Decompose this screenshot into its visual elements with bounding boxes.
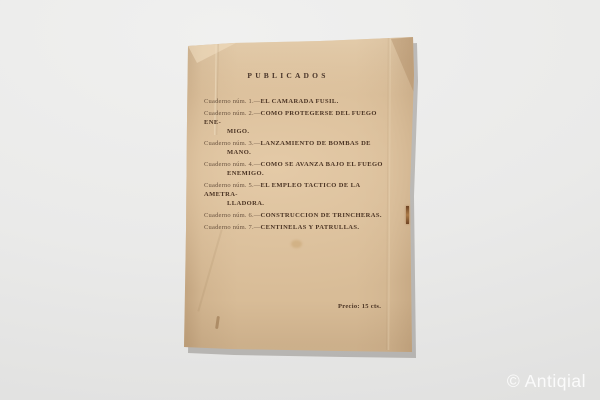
entry-title: CENTINELAS Y PATRULLAS. <box>260 224 359 231</box>
entry-title: CONSTRUCCION DE TRINCHERAS. <box>260 212 381 219</box>
entry-title: COMO SE AVANZA BAJO EL FUEGO <box>260 161 382 168</box>
entry-continuation: MIGO. <box>204 127 384 136</box>
entry-continuation: ENEMIGO. <box>204 169 384 178</box>
entry-continuation: MANO. <box>204 148 384 157</box>
list-item: Cuaderno núm. 7.—CENTINELAS Y PATRULLAS. <box>204 223 384 232</box>
entry-prefix: Cuaderno núm. 1.— <box>204 98 260 105</box>
entry-title: LANZAMIENTO DE BOMBAS DE <box>260 140 370 147</box>
watermark: © Antiqial <box>507 371 586 392</box>
list-item: Cuaderno núm. 6.—CONSTRUCCION DE TRINCHE… <box>204 211 384 220</box>
entry-title: EL CAMARADA FUSIL. <box>260 98 338 105</box>
booklet-back-cover: PUBLICADOS Cuaderno núm. 1.—EL CAMARADA … <box>0 0 600 400</box>
entry-prefix: Cuaderno núm. 7.— <box>204 224 260 231</box>
list-item: Cuaderno núm. 2.—COMO PROTEGERSE DEL FUE… <box>204 109 384 136</box>
list-item: Cuaderno núm. 5.—EL EMPLEO TACTICO DE LA… <box>204 181 384 208</box>
entry-prefix: Cuaderno núm. 6.— <box>204 212 260 219</box>
entry-prefix: Cuaderno núm. 2.— <box>204 110 260 117</box>
photo-scene: PUBLICADOS Cuaderno núm. 1.—EL CAMARADA … <box>0 0 600 400</box>
entry-prefix: Cuaderno núm. 5.— <box>204 182 260 189</box>
list-item: Cuaderno núm. 4.—COMO SE AVANZA BAJO EL … <box>204 160 384 178</box>
entry-prefix: Cuaderno núm. 3.— <box>204 140 260 147</box>
entry-continuation: LLADORA. <box>204 199 384 208</box>
printed-content: PUBLICADOS Cuaderno núm. 1.—EL CAMARADA … <box>0 0 600 400</box>
price-label: Precio: 15 cts. <box>338 303 381 310</box>
list-item: Cuaderno núm. 3.—LANZAMIENTO DE BOMBAS D… <box>204 139 384 157</box>
entry-prefix: Cuaderno núm. 4.— <box>204 161 260 168</box>
page-title: PUBLICADOS <box>204 71 372 80</box>
publications-list: Cuaderno núm. 1.—EL CAMARADA FUSIL. Cuad… <box>204 97 384 235</box>
list-item: Cuaderno núm. 1.—EL CAMARADA FUSIL. <box>204 97 384 106</box>
